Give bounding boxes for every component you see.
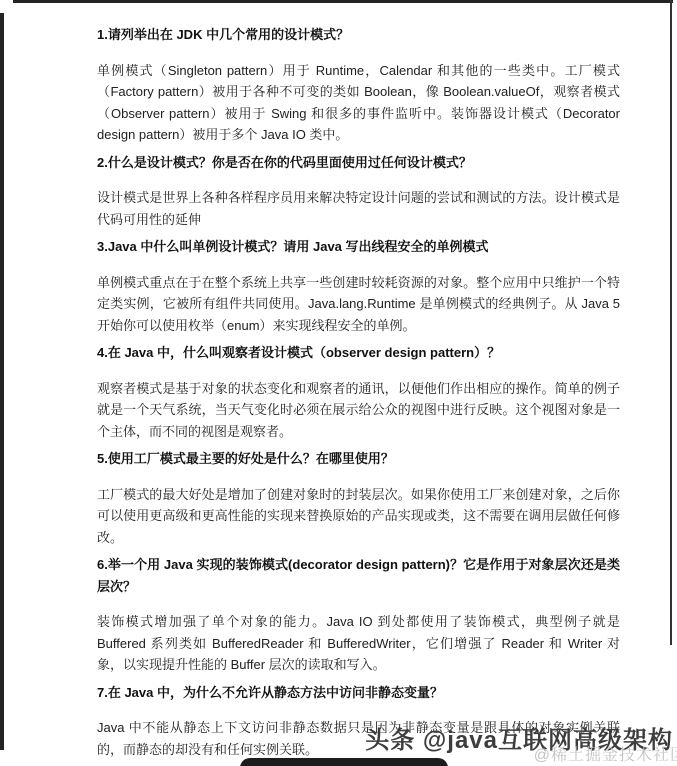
question-heading: 1.请列举出在 JDK 中几个常用的设计模式？ — [97, 24, 620, 46]
qa-block-2: 2.什么是设计模式？你是否在你的代码里面使用过任何设计模式？ 设计模式是世界上各… — [97, 152, 620, 231]
question-heading: 6.举一个用 Java 实现的装饰模式(decorator design pat… — [97, 554, 620, 597]
page-border-right — [670, 0, 672, 645]
answer-paragraph: 观察者模式是基于对象的状态变化和观察者的通讯，以便他们作出相应的操作。简单的例子… — [97, 378, 620, 443]
answer-paragraph: 设计模式是世界上各种各样程序员用来解决特定设计问题的尝试和测试的方法。设计模式是… — [97, 187, 620, 230]
question-heading: 7.在 Java 中，为什么不允许从静态方法中访问非静态变量？ — [97, 682, 620, 704]
qa-block-1: 1.请列举出在 JDK 中几个常用的设计模式？ 单例模式（Singleton p… — [97, 24, 620, 146]
answer-paragraph: 装饰模式增加强了单个对象的能力。Java IO 到处都使用了装饰模式，典型例子就… — [97, 611, 620, 676]
document-content: 1.请列举出在 JDK 中几个常用的设计模式？ 单例模式（Singleton p… — [97, 24, 620, 766]
question-heading: 2.什么是设计模式？你是否在你的代码里面使用过任何设计模式？ — [97, 152, 620, 174]
page-border-top — [13, 0, 673, 3]
question-heading: 4.在 Java 中，什么叫观察者设计模式（observer design pa… — [97, 342, 620, 364]
page-border-left — [0, 13, 4, 750]
qa-block-4: 4.在 Java 中，什么叫观察者设计模式（observer design pa… — [97, 342, 620, 442]
answer-paragraph: 工厂模式的最大好处是增加了创建对象时的封装层次。如果你使用工厂来创建对象，之后你… — [97, 484, 620, 549]
juejin-watermark: @稀土掘金技术社区 — [534, 742, 677, 765]
qa-block-6: 6.举一个用 Java 实现的装饰模式(decorator design pat… — [97, 554, 620, 676]
answer-paragraph: 单例模式重点在于在整个系统上共享一些创建时较耗资源的对象。整个应用中只维护一个特… — [97, 272, 620, 337]
qa-block-5: 5.使用工厂模式最主要的好处是什么？在哪里使用？ 工厂模式的最大好处是增加了创建… — [97, 448, 620, 548]
answer-paragraph: 单例模式（Singleton pattern）用于 Runtime，Calend… — [97, 60, 620, 146]
question-heading: 3.Java 中什么叫单例设计模式？请用 Java 写出线程安全的单例模式 — [97, 236, 620, 258]
bottom-rounded-bar — [240, 758, 448, 766]
qa-block-3: 3.Java 中什么叫单例设计模式？请用 Java 写出线程安全的单例模式 单例… — [97, 236, 620, 336]
question-heading: 5.使用工厂模式最主要的好处是什么？在哪里使用？ — [97, 448, 620, 470]
